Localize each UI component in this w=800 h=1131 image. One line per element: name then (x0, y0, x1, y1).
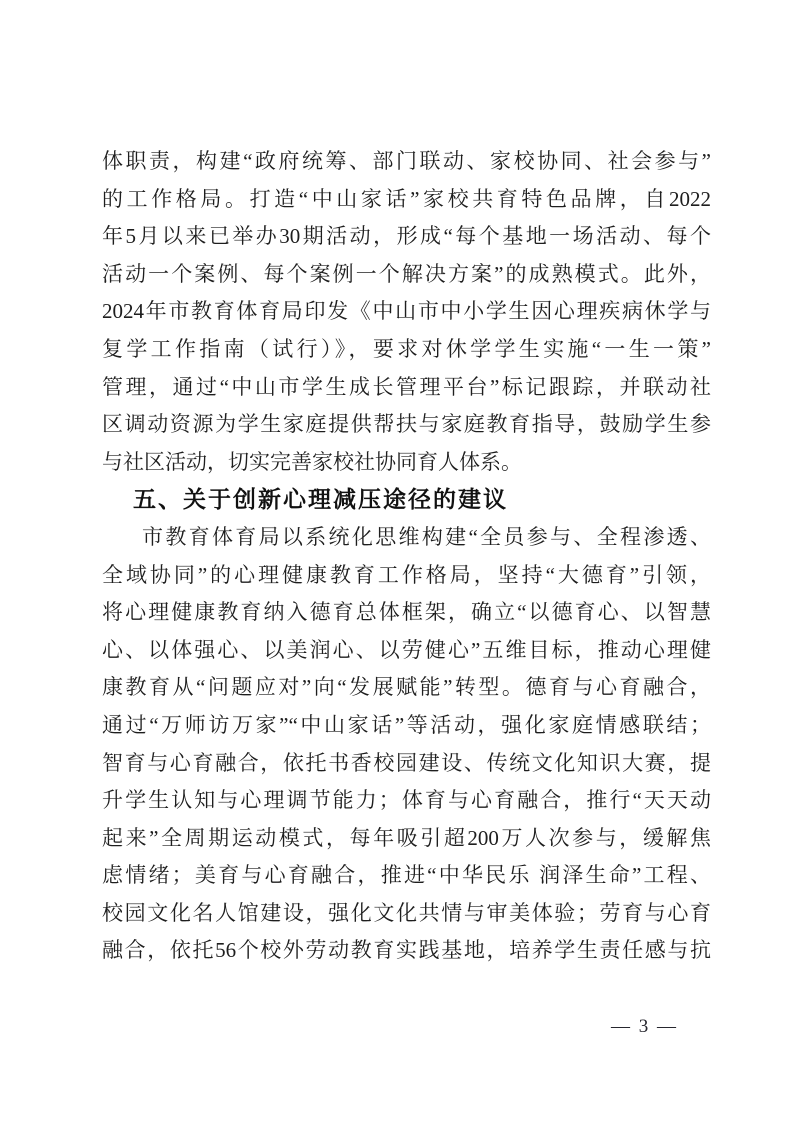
body-text-line: 将心理健康教育纳入德育总体框架，确立“以德育心、以智慧 (102, 594, 711, 632)
section-heading: 五、关于创新心理减压途径的建议 (102, 481, 711, 519)
body-text-line: 康教育从“问题应对”向“发展赋能”转型。德育与心育融合， (102, 669, 711, 707)
body-text-line: 起来”全周期运动模式，每年吸引超200万人次参与，缓解焦 (102, 820, 711, 858)
body-text-line: 校园文化名人馆建设，强化文化共情与审美体验；劳育与心育 (102, 895, 711, 933)
body-text-line: 全域协同”的心理健康教育工作格局，坚持“大德育”引领， (102, 557, 711, 595)
body-text-line: 复学工作指南（试行）》，要求对休学学生实施“一生一策” (102, 331, 711, 369)
body-text-line: 通过“万师访万家”“中山家话”等活动，强化家庭情感联结； (102, 707, 711, 745)
page-number: — 3 — (611, 1012, 678, 1042)
body-text-line: 融合，依托56个校外劳动教育实践基地，培养学生责任感与抗 (102, 932, 711, 970)
body-text-line: 虑情绪；美育与心育融合，推进“中华民乐 润泽生命”工程、 (102, 857, 711, 895)
body-text-line: 智育与心育融合，依托书香校园建设、传统文化知识大赛，提 (102, 745, 711, 783)
body-text-line: 活动一个案例、每个案例一个解决方案”的成熟模式。此外， (102, 256, 711, 294)
body-text-line: 体职责，构建“政府统筹、部门联动、家校协同、社会参与” (102, 143, 711, 181)
document-body: 体职责，构建“政府统筹、部门联动、家校协同、社会参与” 的工作格局。打造“中山家… (102, 143, 711, 970)
body-text-line: 年5月以来已举办30期活动，形成“每个基地一场活动、每个 (102, 218, 711, 256)
body-text-line: 心、以体强心、以美润心、以劳健心”五维目标，推动心理健 (102, 632, 711, 670)
body-text-line: 市教育体育局以系统化思维构建“全员参与、全程渗透、 (102, 519, 711, 557)
body-text-line: 区调动资源为学生家庭提供帮扶与家庭教育指导，鼓励学生参 (102, 406, 711, 444)
body-text-line: 2024年市教育体育局印发《中山市中小学生因心理疾病休学与 (102, 293, 711, 331)
document-page: 体职责，构建“政府统筹、部门联动、家校协同、社会参与” 的工作格局。打造“中山家… (0, 0, 800, 1131)
body-text-line: 升学生认知与心理调节能力；体育与心育融合，推行“天天动 (102, 782, 711, 820)
body-text-line: 管理，通过“中山市学生成长管理平台”标记跟踪，并联动社 (102, 369, 711, 407)
body-text-line: 的工作格局。打造“中山家话”家校共育特色品牌，自2022 (102, 181, 711, 219)
body-text-line: 与社区活动，切实完善家校社协同育人体系。 (102, 444, 711, 482)
